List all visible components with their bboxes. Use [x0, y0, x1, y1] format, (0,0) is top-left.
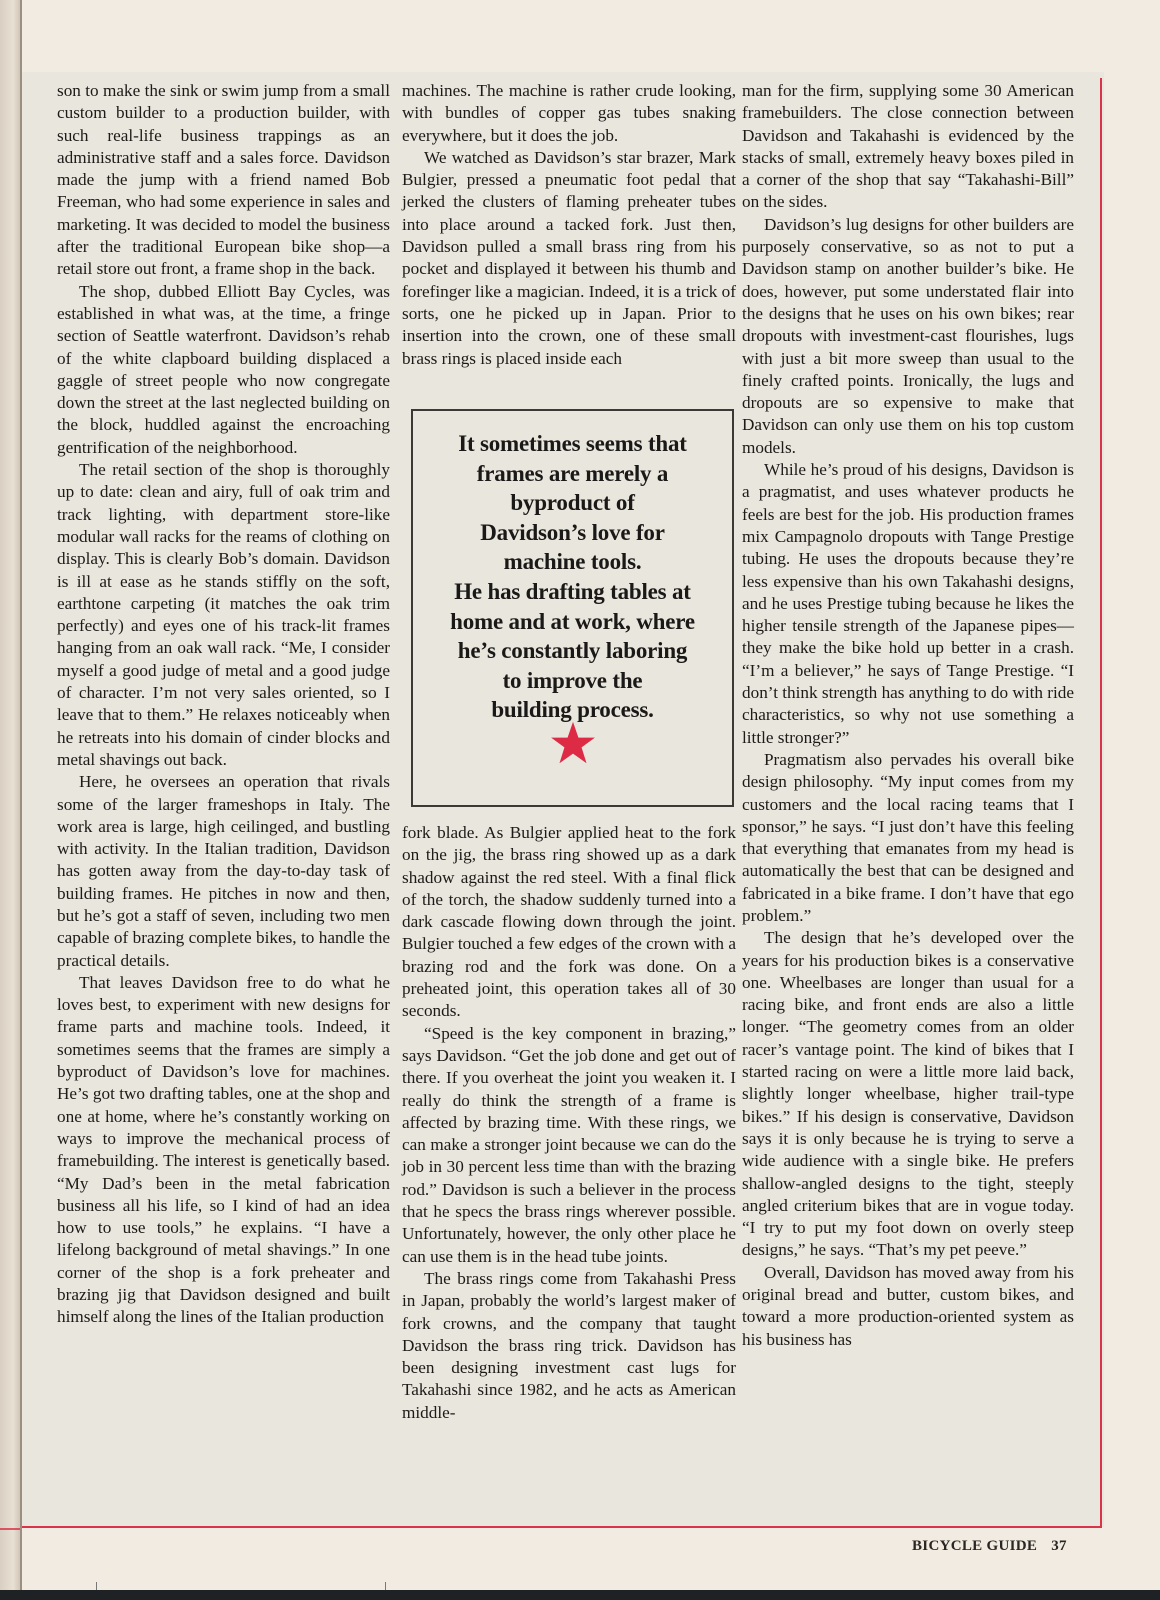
- paragraph: Pragmatism also pervades his overall bik…: [742, 749, 1074, 927]
- article-column-2-bottom: fork blade. As Bulgier applied heat to t…: [402, 822, 736, 1424]
- scanner-edge: [0, 1590, 1160, 1600]
- red-rule-right: [1100, 78, 1102, 1528]
- page-number: 37: [1051, 1538, 1067, 1554]
- pull-quote-line: He has drafting tables at: [413, 577, 732, 607]
- paragraph: “Speed is the key component in braz­ing,…: [402, 1023, 736, 1268]
- pull-quote-text: It sometimes seems that frames are merel…: [413, 429, 732, 725]
- crop-mark: [385, 1582, 386, 1590]
- paragraph: man for the firm, supplying some 30 Amer…: [742, 80, 1074, 214]
- pull-quote-line: Davidson’s love for: [413, 518, 732, 548]
- paragraph: Overall, Davidson has moved away from hi…: [742, 1262, 1074, 1351]
- paragraph: The retail section of the shop is thor­o…: [57, 459, 390, 771]
- paragraph: Here, he oversees an operation that ri­v…: [57, 771, 390, 972]
- paragraph: The brass rings come from Takahashi Pres…: [402, 1268, 736, 1424]
- red-rule-bottom: [22, 1526, 1102, 1528]
- article-column-2-top: machines. The machine is rather crude lo…: [402, 80, 736, 370]
- paragraph: Davidson’s lug designs for other build­e…: [742, 214, 1074, 459]
- binding-gutter: [0, 0, 22, 1590]
- publication-name: BICYCLE GUIDE: [912, 1538, 1037, 1554]
- pull-quote-line: It sometimes seems that: [413, 429, 732, 459]
- red-rule-facing-page: [0, 1528, 20, 1530]
- pull-quote-line: to improve the: [413, 666, 732, 696]
- paragraph: While he’s proud of his designs, David­s…: [742, 459, 1074, 749]
- pull-quote-line: frames are merely a: [413, 459, 732, 489]
- paragraph: The shop, dubbed Elliott Bay Cycles, was…: [57, 281, 390, 459]
- paragraph: The design that he’s developed over the …: [742, 927, 1074, 1261]
- star-icon: [550, 720, 596, 766]
- paragraph: That leaves Davidson free to do what he …: [57, 972, 390, 1329]
- pull-quote-line: machine tools.: [413, 547, 732, 577]
- paragraph: machines. The machine is rather crude lo…: [402, 80, 736, 147]
- paragraph: son to make the sink or swim jump from a…: [57, 80, 390, 281]
- paragraph: fork blade. As Bulgier applied heat to t…: [402, 822, 736, 1023]
- page-footer: BICYCLE GUIDE37: [912, 1538, 1067, 1555]
- pull-quote-line: he’s constantly laboring: [413, 636, 732, 666]
- pull-quote-line: home and at work, where: [413, 607, 732, 637]
- paragraph: We watched as Davidson’s star brazer, Ma…: [402, 147, 736, 370]
- pull-quote-line: byproduct of: [413, 488, 732, 518]
- crop-mark: [96, 1582, 97, 1590]
- article-column-3: man for the firm, supplying some 30 Amer…: [742, 80, 1074, 1351]
- pull-quote-box: It sometimes seems that frames are merel…: [411, 409, 734, 807]
- article-column-1: son to make the sink or swim jump from a…: [57, 80, 390, 1329]
